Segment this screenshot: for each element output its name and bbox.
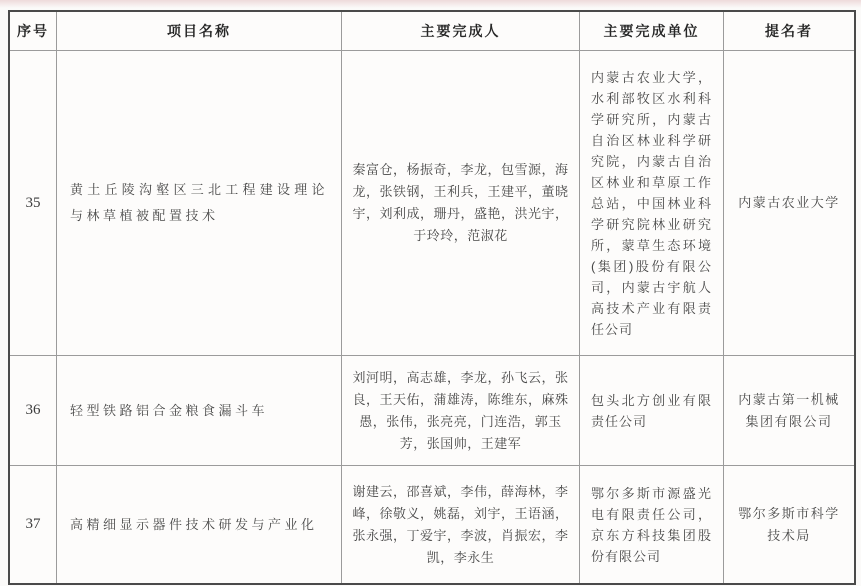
cell-index: 36 <box>10 356 57 465</box>
nominator-text: 内蒙古第一机械集团有限公司 <box>732 389 846 433</box>
cell-main-units: 内蒙古农业大学，水利部牧区水利科学研究所，内蒙古自治区林业科学研究院，内蒙古自治… <box>580 51 724 355</box>
cell-project-name: 黄土丘陵沟壑区三北工程建设理论与林草植被配置技术 <box>57 51 342 355</box>
nominator-text: 鄂尔多斯市科学技术局 <box>732 503 846 547</box>
main-contributors-text: 秦富仓，杨振奇，李龙，包雪源，海龙，张铁钢，王利兵，王建平，董晓宇，刘利成，珊丹… <box>352 159 569 247</box>
cell-nominator: 鄂尔多斯市科学技术局 <box>724 466 854 583</box>
main-units-text: 鄂尔多斯市源盛光电有限责任公司，京东方科技集团股份有限公司 <box>591 483 712 567</box>
cell-index: 37 <box>10 466 57 583</box>
cell-main-units: 包头北方创业有限责任公司 <box>580 356 724 465</box>
cell-main-contributors: 刘河明，高志雄，李龙，孙飞云，张良，王天佑，蒲雄涛，陈维东，麻殊愚，张伟，张亮亮… <box>342 356 580 465</box>
awards-table: 序号 项目名称 主要完成人 主要完成单位 提名者 35 黄土丘陵沟壑区三北工程建… <box>8 10 856 585</box>
cell-project-name: 轻型铁路铝合金粮食漏斗车 <box>57 356 342 465</box>
column-header-main-contributors: 主要完成人 <box>342 12 580 50</box>
document-page: 序号 项目名称 主要完成人 主要完成单位 提名者 35 黄土丘陵沟壑区三北工程建… <box>0 0 861 586</box>
cell-main-units: 鄂尔多斯市源盛光电有限责任公司，京东方科技集团股份有限公司 <box>580 466 724 583</box>
column-header-project-name: 项目名称 <box>57 12 342 50</box>
main-units-text: 内蒙古农业大学，水利部牧区水利科学研究所，内蒙古自治区林业科学研究院，内蒙古自治… <box>591 67 712 340</box>
nominator-text: 内蒙古农业大学 <box>732 192 846 214</box>
main-units-text: 包头北方创业有限责任公司 <box>591 390 712 432</box>
cell-nominator: 内蒙古农业大学 <box>724 51 854 355</box>
table-row: 36 轻型铁路铝合金粮食漏斗车 刘河明，高志雄，李龙，孙飞云，张良，王天佑，蒲雄… <box>10 356 854 466</box>
cell-project-name: 高精细显示器件技术研发与产业化 <box>57 466 342 583</box>
main-contributors-text: 刘河明，高志雄，李龙，孙飞云，张良，王天佑，蒲雄涛，陈维东，麻殊愚，张伟，张亮亮… <box>352 367 569 455</box>
cell-nominator: 内蒙古第一机械集团有限公司 <box>724 356 854 465</box>
project-name-text: 高精细显示器件技术研发与产业化 <box>70 512 328 538</box>
table-header-row: 序号 项目名称 主要完成人 主要完成单位 提名者 <box>10 12 854 51</box>
main-contributors-text: 谢建云，邵喜斌，李伟，薛海林，李峰，徐敬义，姚磊，刘宇，王语涵，张永强，丁爱宇，… <box>352 481 569 569</box>
table-row: 35 黄土丘陵沟壑区三北工程建设理论与林草植被配置技术 秦富仓，杨振奇，李龙，包… <box>10 51 854 356</box>
cell-index: 35 <box>10 51 57 355</box>
project-name-text: 轻型铁路铝合金粮食漏斗车 <box>70 398 328 424</box>
table-row: 37 高精细显示器件技术研发与产业化 谢建云，邵喜斌，李伟，薛海林，李峰，徐敬义… <box>10 466 854 583</box>
column-header-index: 序号 <box>10 12 57 50</box>
cell-main-contributors: 秦富仓，杨振奇，李龙，包雪源，海龙，张铁钢，王利兵，王建平，董晓宇，刘利成，珊丹… <box>342 51 580 355</box>
column-header-nominator: 提名者 <box>724 12 854 50</box>
column-header-main-units: 主要完成单位 <box>580 12 724 50</box>
cell-main-contributors: 谢建云，邵喜斌，李伟，薛海林，李峰，徐敬义，姚磊，刘宇，王语涵，张永强，丁爱宇，… <box>342 466 580 583</box>
project-name-text: 黄土丘陵沟壑区三北工程建设理论与林草植被配置技术 <box>70 177 328 229</box>
